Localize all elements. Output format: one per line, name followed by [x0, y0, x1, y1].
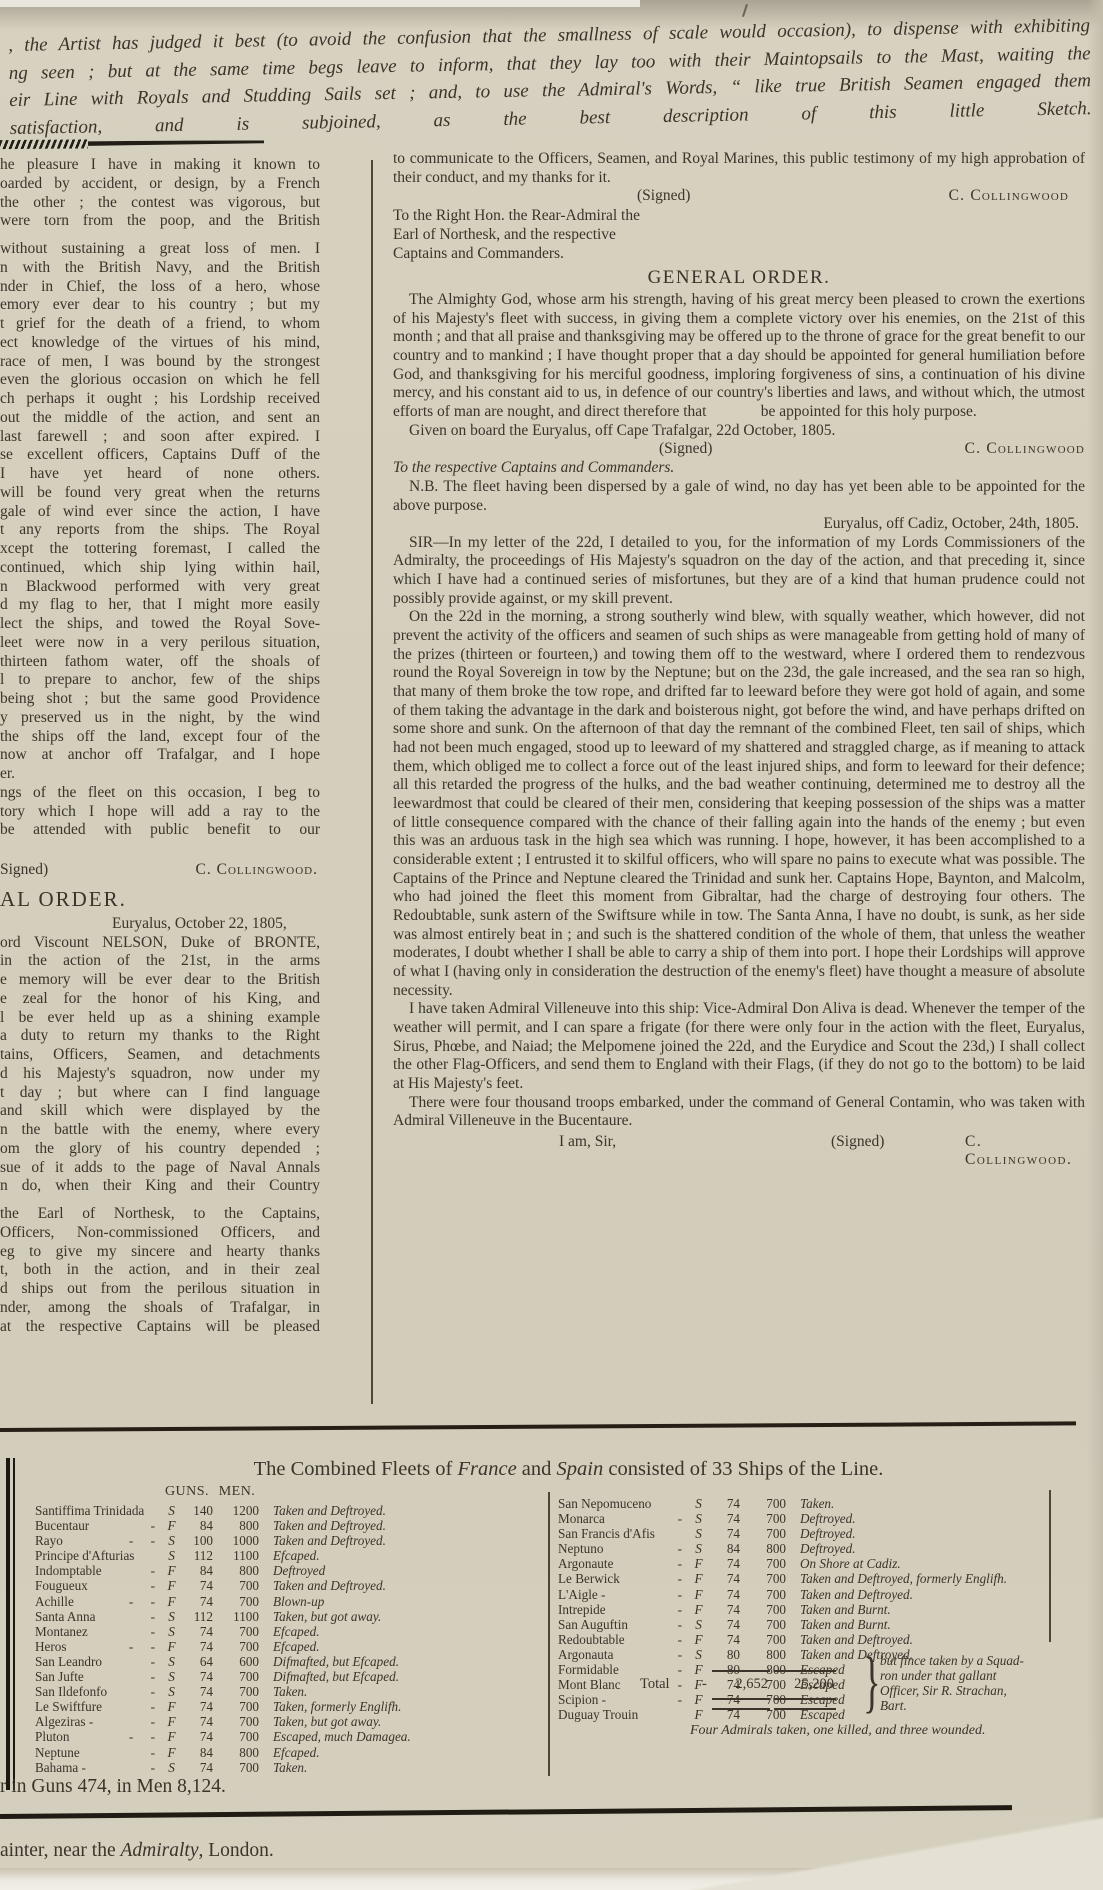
- filler-dash: - -: [129, 1639, 163, 1654]
- ship-row: San Auguftin- S 74 700 Taken and Burnt.: [558, 1617, 1058, 1632]
- ship-name: Monarca: [558, 1511, 605, 1526]
- ship-name: Rayo: [35, 1533, 63, 1548]
- fleet-letter: F: [690, 1707, 707, 1722]
- text-line: d ships out from the perilous situation …: [0, 1280, 320, 1299]
- fleet-letter: F: [163, 1639, 180, 1654]
- guns-count: 74: [707, 1496, 740, 1511]
- dateline-euryalus-oct22: Euryalus, October 22, 1805,: [0, 915, 320, 934]
- footer-text: , London.: [199, 1840, 274, 1861]
- ship-fate: Escaped: [800, 1692, 845, 1707]
- signature-row: Signed) C. Collingwood.: [0, 861, 320, 880]
- text-line: lect the ships, and towed the Royal Sove…: [0, 615, 320, 634]
- text-line: will be found very great when the return…: [0, 484, 320, 503]
- men-count: 800: [213, 1563, 259, 1578]
- collingwood-signature: C. Collingwood: [949, 187, 1069, 206]
- filler-dash: -: [151, 1654, 163, 1669]
- fleet-letter: F: [163, 1745, 180, 1760]
- ship-fate: Efcaped.: [273, 1548, 320, 1563]
- filler-dash: -: [678, 1632, 690, 1647]
- ship-name: San Jufte: [35, 1669, 84, 1684]
- fleet-table-left-half: Santiffima Trinidada S 140 1200 Taken an…: [35, 1503, 547, 1775]
- filler-dash: -: [678, 1511, 690, 1526]
- guns-column-header: GUNS.: [161, 1484, 213, 1500]
- fleet-letter: F: [690, 1692, 707, 1707]
- fleet-letter: F: [690, 1662, 707, 1677]
- fleet-letter: F: [690, 1602, 707, 1617]
- text-line: ect knowledge of the virtues of his mind…: [0, 334, 320, 353]
- text-line: ord Viscount NELSON, Duke of BRONTE,: [0, 934, 320, 953]
- guns-count: 74: [707, 1587, 740, 1602]
- table-left-frame-outer: [6, 1458, 10, 1790]
- ship-fate: Deftroyed.: [800, 1526, 856, 1541]
- guns-count: 74: [180, 1684, 213, 1699]
- fleet-letter: S: [163, 1609, 180, 1624]
- ship-name: Argonaute: [558, 1556, 613, 1571]
- ship-row: Bucentaur- F 84 800 Taken and Deftroyed.: [35, 1518, 547, 1533]
- closing-signature-row: I am, Sir, (Signed) C. Collingwood.: [393, 1133, 1085, 1153]
- ship-row: Heros- - F 74 700 Efcaped.: [35, 1639, 547, 1654]
- text-line: t, both in the action, and in their zeal: [0, 1261, 320, 1280]
- ship-fate: Efcaped.: [273, 1639, 320, 1654]
- left-column: he pleasure I have in making it known to…: [0, 156, 320, 1336]
- fleet-letter: F: [163, 1594, 180, 1609]
- ship-fate: Taken.: [273, 1760, 307, 1775]
- ship-fate: Taken and Deftroyed, formerly Englifh.: [800, 1571, 1007, 1586]
- ship-fate: On Shore at Cadiz.: [800, 1556, 901, 1571]
- filler-dash: -: [678, 1692, 690, 1707]
- guns-count: 112: [180, 1548, 213, 1563]
- text-line: be attended with public benefit to our: [0, 821, 320, 840]
- text-line: even the glorious occasion on which he f…: [0, 371, 320, 390]
- fleet-letter: S: [163, 1684, 180, 1699]
- ship-fate: Deftroyed.: [800, 1511, 856, 1526]
- fleet-letter: F: [163, 1563, 180, 1578]
- guns-count: 74: [180, 1714, 213, 1729]
- ship-name: Principe d'Afturias: [35, 1548, 134, 1563]
- ship-name: Redoubtable: [558, 1632, 625, 1647]
- text-line: being shot ; but the same good Providenc…: [0, 690, 320, 709]
- men-count: 700: [213, 1699, 259, 1714]
- ship-row: Intrepide- F 74 700 Taken and Burnt.: [558, 1602, 1058, 1617]
- ship-name: Bahama -: [35, 1760, 86, 1775]
- text-line: ngs of the fleet on this occasion, I beg…: [0, 784, 320, 803]
- ship-name: Neptune: [35, 1745, 80, 1760]
- filler-dash: -: [678, 1617, 690, 1632]
- text-line: Officers, Non-commissioned Officers, and: [0, 1224, 320, 1243]
- paper-corner-highlight: [643, 1795, 1103, 1890]
- text-line: were torn from the poop, and the British: [0, 212, 320, 231]
- ship-name: San Auguftin: [558, 1617, 628, 1632]
- general-order-heading: GENERAL ORDER.: [393, 269, 1085, 288]
- ship-row: San Ildefonfo- S 74 700 Taken.: [35, 1684, 547, 1699]
- guns-count: 112: [180, 1609, 213, 1624]
- ship-name: Fougueux: [35, 1578, 88, 1593]
- text-line: e memory will be ever dear to the Britis…: [0, 971, 320, 990]
- text-line: thirteen fathom water, off the shoals of: [0, 653, 320, 672]
- fleet-letter: S: [163, 1533, 180, 1548]
- filler-dash: - -: [129, 1533, 163, 1548]
- men-count: 700: [740, 1617, 786, 1632]
- ship-row: Neptune- F 84 800 Efcaped.: [35, 1745, 547, 1760]
- ship-fate: Taken and Deftroyed.: [273, 1578, 386, 1593]
- fleet-letter: F: [163, 1518, 180, 1533]
- men-count: 600: [213, 1654, 259, 1669]
- total-rule: [774, 1670, 836, 1672]
- filler-dash: [682, 1526, 690, 1541]
- ship-row: San Nepomuceno S 74 700 Taken.: [558, 1496, 1058, 1511]
- ship-fate: Taken.: [273, 1684, 307, 1699]
- fleet-letter: S: [163, 1669, 180, 1684]
- footer-admiralty-italic: Admiralty: [121, 1840, 199, 1861]
- left-block-3: ord Viscount NELSON, Duke of BRONTE,in t…: [0, 934, 320, 1197]
- total-men: 25,200: [772, 1676, 834, 1693]
- ship-name: Pluton: [35, 1729, 69, 1744]
- ship-row: Santa Anna- S 112 1100 Taken, but got aw…: [35, 1609, 547, 1624]
- text-line: emory ever dear to his country ; but my: [0, 296, 320, 315]
- fleet-letter: S: [163, 1624, 180, 1639]
- fleet-letter: S: [163, 1503, 180, 1518]
- paper-top-edge: [0, 0, 640, 7]
- fleet-letter: F: [163, 1714, 180, 1729]
- guns-count: 74: [180, 1699, 213, 1714]
- total-rule: [712, 1670, 770, 1672]
- ship-row: Le Swiftfure- F 74 700 Taken, formerly E…: [35, 1699, 547, 1714]
- ship-row: Redoubtable- F 74 700 Taken and Deftroye…: [558, 1632, 1058, 1647]
- paragraph-troops: There were four thousand troops embarked…: [393, 1094, 1085, 1131]
- ship-fate: Taken and Deftroyed.: [273, 1533, 386, 1548]
- text-line: the other ; the contest was vigorous, bu…: [0, 194, 320, 213]
- ship-name: Algeziras -: [35, 1714, 93, 1729]
- section-divider-rule: [0, 1421, 1076, 1431]
- text-line: t any reports from the ships. The Royal: [0, 521, 320, 540]
- text-line: n do, when their King and their Country: [0, 1177, 320, 1196]
- note-line: ron under that gallant: [880, 1668, 1024, 1683]
- guns-count: 100: [180, 1533, 213, 1548]
- paragraph-testimony: to communicate to the Officers, Seamen, …: [393, 150, 1085, 187]
- signed-label: (Signed): [659, 440, 712, 459]
- men-count: 700: [740, 1587, 786, 1602]
- filler-dash: -: [151, 1624, 163, 1639]
- ship-fate: Efcaped.: [273, 1624, 320, 1639]
- ship-row: Santiffima Trinidada S 140 1200 Taken an…: [35, 1503, 547, 1518]
- fleet-letter: F: [163, 1699, 180, 1714]
- text-line: n the battle with the enemy, where every: [0, 1121, 320, 1140]
- men-count: 700: [213, 1639, 259, 1654]
- signature-row: (Signed) C. Collingwood: [393, 440, 1085, 459]
- text-line: a duty to return my thanks to the Right: [0, 1027, 320, 1046]
- paragraph-nb: N.B. The fleet having been dispersed by …: [393, 478, 1085, 515]
- fleet-letter: F: [163, 1578, 180, 1593]
- guns-count: 74: [707, 1511, 740, 1526]
- ship-row: Monarca- S 74 700 Deftroyed.: [558, 1511, 1058, 1526]
- filler-dash: -: [151, 1714, 163, 1729]
- table-left-frame-inner: [13, 1458, 15, 1790]
- men-count: 700: [740, 1632, 786, 1647]
- title-text: consisted of 33 Ships of the Line.: [603, 1458, 883, 1480]
- filler-dash: - -: [129, 1729, 163, 1744]
- signed-label: (Signed): [831, 1133, 884, 1152]
- address-line: Earl of Northesk, and the respective: [393, 226, 1085, 245]
- men-count: 1200: [213, 1503, 259, 1518]
- dateline-cadiz-oct24: Euryalus, off Cadiz, October, 24th, 1805…: [393, 515, 1085, 534]
- guns-count: 74: [180, 1578, 213, 1593]
- ship-row: Pluton- - F 74 700 Escaped, much Damagea…: [35, 1729, 547, 1744]
- ship-name: Neptuno: [558, 1541, 603, 1556]
- text-line: tains, Officers, Seamen, and detachments: [0, 1046, 320, 1065]
- filler-dash: -: [678, 1602, 690, 1617]
- text-line: n with the British Navy, and the British: [0, 259, 320, 278]
- filler-dash: -: [151, 1699, 163, 1714]
- total-rule: [774, 1698, 836, 1700]
- paragraph-sir-letter: SIR—In my letter of the 22d, I detailed …: [393, 534, 1085, 609]
- ship-name: Le Berwick: [558, 1571, 620, 1586]
- men-count: 700: [740, 1602, 786, 1617]
- men-count: 700: [213, 1760, 259, 1775]
- filler-dash: -: [151, 1518, 163, 1533]
- paragraph-villeneuve: I have taken Admiral Villeneuve into thi…: [393, 1000, 1085, 1093]
- text-line: nder in Chief, the loss of a hero, whose: [0, 278, 320, 297]
- paper-right-shadow: [1087, 0, 1103, 1890]
- text-line: without sustaining a great loss of men. …: [0, 240, 320, 259]
- text-line: t day ; but where can I find language: [0, 1084, 320, 1103]
- total-dash: -: [702, 1676, 707, 1693]
- filler-dash: -: [678, 1587, 690, 1602]
- signature-row: (Signed) C. Collingwood: [393, 187, 1085, 206]
- ship-row: Indomptable- F 84 800 Deftroyed: [35, 1563, 547, 1578]
- ship-row: Rayo- - S 100 1000 Taken and Deftroyed.: [35, 1533, 547, 1548]
- ship-row: Argonaute- F 74 700 On Shore at Cadiz.: [558, 1556, 1058, 1571]
- signed-label: (Signed): [637, 187, 690, 206]
- filler-dash: -: [678, 1677, 690, 1692]
- men-column-header: MEN.: [213, 1484, 261, 1500]
- guns-count: 74: [707, 1526, 740, 1541]
- ship-fate: Taken and Burnt.: [800, 1617, 891, 1632]
- guns-count: 74: [707, 1617, 740, 1632]
- text-line: se excellent officers, Captains Duff of …: [0, 446, 320, 465]
- title-spain-italic: Spain: [557, 1458, 604, 1480]
- guns-count: 74: [180, 1669, 213, 1684]
- filler-dash: [682, 1496, 690, 1511]
- ship-row: Algeziras -- F 74 700 Taken, but got awa…: [35, 1714, 547, 1729]
- guns-count: 84: [180, 1518, 213, 1533]
- collingwood-signature: C. Collingwood.: [965, 1133, 1085, 1170]
- ship-name: San Francis d'Afis: [558, 1526, 655, 1541]
- paragraph-gale-account: On the 22d in the morning, a strong sout…: [393, 608, 1085, 1000]
- ship-row: San Francis d'Afis S 74 700 Deftroyed.: [558, 1526, 1058, 1541]
- fleet-letter: F: [690, 1556, 707, 1571]
- ship-name: Le Swiftfure: [35, 1699, 102, 1714]
- filler-dash: -: [151, 1669, 163, 1684]
- ship-fate: Efcaped.: [273, 1745, 320, 1760]
- text-line: er.: [0, 765, 320, 784]
- ship-row: Le Berwick- F 74 700 Taken and Deftroyed…: [558, 1571, 1058, 1586]
- men-count: 700: [213, 1714, 259, 1729]
- guns-count: 74: [707, 1602, 740, 1617]
- ship-row: Montanez- S 74 700 Efcaped.: [35, 1624, 547, 1639]
- left-block-4: the Earl of Northesk, to the Captains,Of…: [0, 1205, 320, 1336]
- men-count: 700: [213, 1578, 259, 1593]
- text-line: d my flag to her, that I might more easi…: [0, 596, 320, 615]
- filler-dash: [682, 1707, 690, 1722]
- strachan-squadron-note: but fince taken by a Squad-ron under tha…: [880, 1653, 1024, 1713]
- ship-name: San Leandro: [35, 1654, 102, 1669]
- ship-fate: Taken.: [800, 1496, 834, 1511]
- text-line: y preserved us in the night, by the wind: [0, 709, 320, 728]
- document-scan: , the Artist has judged it best (to avoi…: [0, 0, 1103, 1890]
- left-block-2: without sustaining a great loss of men. …: [0, 240, 320, 840]
- filler-dash: -: [678, 1662, 690, 1677]
- total-rule: [774, 1708, 836, 1710]
- paragraph-thanksgiving: The Almighty God, whose arm his strength…: [393, 291, 1085, 422]
- ship-name: Achille: [35, 1594, 74, 1609]
- ship-name: Argonauta: [558, 1647, 613, 1662]
- fleet-letter: S: [690, 1647, 707, 1662]
- ship-fate: Escaped, much Damagea.: [273, 1729, 411, 1744]
- fleet-letter: F: [690, 1632, 707, 1647]
- text-line: l to prepare to anchor, few of the ships: [0, 671, 320, 690]
- men-count: 700: [213, 1684, 259, 1699]
- ship-name: Scipion -: [558, 1692, 606, 1707]
- address-line: Captains and Commanders.: [393, 245, 1085, 264]
- signed-label: Signed): [0, 861, 48, 880]
- text-line: tory which I hope will add a ray to the: [0, 803, 320, 822]
- ship-row: Principe d'Afturias S 112 1100 Efcaped.: [35, 1548, 547, 1563]
- fleet-letter: S: [690, 1617, 707, 1632]
- text-line: om the glory of his country depended ;: [0, 1140, 320, 1159]
- fleet-table-title: The Combined Fleets of France and Spain …: [0, 1458, 1103, 1481]
- right-column: to communicate to the Officers, Seamen, …: [393, 150, 1085, 1153]
- ship-fate: Difmafted, but Efcaped.: [273, 1669, 399, 1684]
- men-count: 1100: [213, 1609, 259, 1624]
- ship-fate: Difmafted, but Efcaped.: [273, 1654, 399, 1669]
- ship-name: Mont Blanc: [558, 1677, 621, 1692]
- text-line: in the action of the 21st, in the arms: [0, 952, 320, 971]
- text-line: race of men, I was bound by the stronges…: [0, 353, 320, 372]
- text-line: he pleasure I have in making it known to: [0, 156, 320, 175]
- guns-men-header: GUNS. MEN.: [35, 1484, 261, 1500]
- title-text: and: [517, 1458, 557, 1480]
- ship-row: L'Aigle -- F 74 700 Taken and Deftroyed.: [558, 1587, 1058, 1602]
- address-block: To the Right Hon. the Rear-Admiral theEa…: [393, 207, 1085, 263]
- ship-fate: Blown-up: [273, 1594, 324, 1609]
- text-line: eg to give my sincere and hearty thanks: [0, 1243, 320, 1262]
- filler-dash: -: [151, 1684, 163, 1699]
- filler-dash: -: [678, 1571, 690, 1586]
- text-line: l be ever held up as a shining example: [0, 1009, 320, 1028]
- ship-name: Santa Anna: [35, 1609, 95, 1624]
- guns-count: 84: [180, 1563, 213, 1578]
- title-france-italic: France: [457, 1458, 516, 1480]
- men-count: 800: [740, 1541, 786, 1556]
- left-block-1: he pleasure I have in making it known to…: [0, 156, 320, 231]
- column-divider-rule: [371, 160, 373, 1404]
- guns-count: 74: [180, 1639, 213, 1654]
- tapered-rule: [88, 139, 264, 146]
- ship-fate: Taken and Deftroyed.: [800, 1587, 913, 1602]
- text-line: the Earl of Northesk, to the Captains,: [0, 1205, 320, 1224]
- fleet-letter: S: [690, 1496, 707, 1511]
- filler-dash: -: [151, 1609, 163, 1624]
- title-text: The Combined Fleets of: [254, 1458, 458, 1480]
- text-line: at the respective Captains will be pleas…: [0, 1318, 320, 1337]
- ship-fate: Taken, but got away.: [273, 1714, 381, 1729]
- note-line: Officer, Sir R. Strachan,: [880, 1683, 1024, 1698]
- general-order-heading-cut: AL ORDER.: [0, 890, 320, 909]
- text-line: e zeal for the honor of his King, and: [0, 990, 320, 1009]
- ship-fate: Taken, formerly Englifh.: [273, 1699, 401, 1714]
- filler-dash: [155, 1548, 163, 1563]
- guns-count: 140: [180, 1503, 213, 1518]
- ship-name: Intrepide: [558, 1602, 606, 1617]
- ship-name: Duguay Trouin: [558, 1707, 638, 1722]
- guns-count: 74: [180, 1729, 213, 1744]
- men-count: 700: [740, 1526, 786, 1541]
- i-am-sir-label: I am, Sir,: [559, 1133, 616, 1152]
- ship-name: San Nepomuceno: [558, 1496, 651, 1511]
- text-line: xcept the tottering foremast, I called t…: [0, 540, 320, 559]
- chevron-rule-ornament: [0, 138, 264, 149]
- ship-name: Santiffima Trinidada: [35, 1503, 144, 1518]
- superiority-line: r in Guns 474, in Men 8,124.: [0, 1776, 226, 1798]
- collingwood-signature: C. Collingwood.: [196, 861, 318, 880]
- fleet-letter: S: [163, 1654, 180, 1669]
- fleet-letter: S: [690, 1541, 707, 1556]
- ship-fate: Taken, but got away.: [273, 1609, 381, 1624]
- text-line: t grief for the death of a friend, to wh…: [0, 315, 320, 334]
- men-count: 700: [740, 1556, 786, 1571]
- men-count: 800: [213, 1745, 259, 1760]
- collingwood-signature: C. Collingwood: [965, 440, 1085, 459]
- given-on-board-line: Given on board the Euryalus, off Cape Tr…: [393, 422, 1085, 441]
- ship-name: Bucentaur: [35, 1518, 89, 1533]
- ship-name: Montanez: [35, 1624, 88, 1639]
- ship-row: Fougueux- F 74 700 Taken and Deftroyed.: [35, 1578, 547, 1593]
- filler-dash: -: [151, 1563, 163, 1578]
- fleet-letter: S: [690, 1511, 707, 1526]
- fleet-letter: S: [163, 1548, 180, 1563]
- men-count: 800: [213, 1518, 259, 1533]
- men-count: 700: [740, 1692, 786, 1707]
- ship-fate: Taken and Deftroyed.: [273, 1503, 386, 1518]
- ship-row: San Leandro- S 64 600 Difmafted, but Efc…: [35, 1654, 547, 1669]
- ship-name: Formidable: [558, 1662, 619, 1677]
- footer-text: ainter, near the: [0, 1840, 121, 1861]
- text-line: n Blackwood performed with very great: [0, 578, 320, 597]
- text-line: last farewell ; and soon after expired. …: [0, 428, 320, 447]
- guns-count: 64: [180, 1654, 213, 1669]
- text-line: sue of it adds to the page of Naval Anna…: [0, 1159, 320, 1178]
- ship-fate: Deftroyed.: [800, 1541, 856, 1556]
- ship-fate: Taken and Burnt.: [800, 1602, 891, 1617]
- ship-row: Neptuno- S 84 800 Deftroyed.: [558, 1541, 1058, 1556]
- note-line: Bart.: [880, 1698, 1024, 1713]
- guns-count: 80: [707, 1647, 740, 1662]
- text-line: oarded by accident, or design, by a Fren…: [0, 175, 320, 194]
- text-line: and skill which were displayed by the: [0, 1102, 320, 1121]
- total-rule: [712, 1708, 770, 1710]
- men-count: 1000: [213, 1533, 259, 1548]
- men-count: 700: [213, 1729, 259, 1744]
- text-line: continued, which ship lying within hail,: [0, 559, 320, 578]
- men-count: 700: [213, 1594, 259, 1609]
- filler-dash: -: [678, 1647, 690, 1662]
- men-count: 700: [740, 1571, 786, 1586]
- filler-dash: -: [151, 1760, 163, 1775]
- text-line: leet were now in a very perilous situati…: [0, 634, 320, 653]
- text-line: out the middle of the action, and sent a…: [0, 409, 320, 428]
- ship-name: Indomptable: [35, 1563, 102, 1578]
- fleet-letter: S: [690, 1526, 707, 1541]
